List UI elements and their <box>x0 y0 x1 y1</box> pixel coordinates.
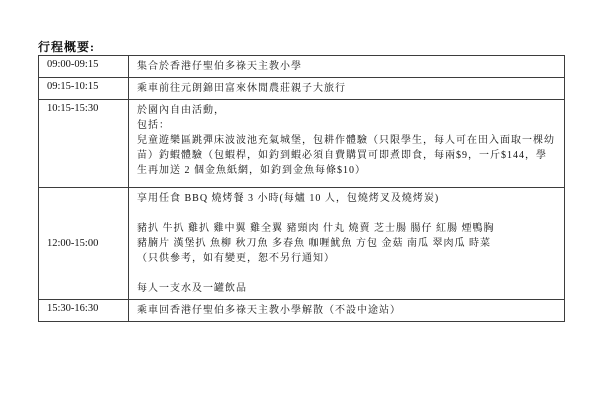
description-cell: 於園內自由活動， 包括： 兒童遊樂區跳彈床波波池充氣城堡，包耕作體驗（只限學生，… <box>129 100 564 187</box>
description-line: 包括： <box>137 118 556 133</box>
description-cell: 乘車前往元朗錦田富來休閒農莊親子大旅行 <box>129 78 564 99</box>
itinerary-table: 09:00-09:15 集合於香港仔聖伯多祿天主教小學 09:15-10:15 … <box>38 55 565 322</box>
description-line: 兒童遊樂區跳彈床波波池充氣城堡，包耕作體驗（只限學生，每人可在田入面取一棵幼苗）… <box>137 133 556 178</box>
description-line: 享用任食 BBQ 燒烤餐 3 小時(每爐 10 人，包燒烤叉及燒烤炭) <box>137 191 556 206</box>
description-cell: 乘車回香港仔聖伯多祿天主教小學解散（不設中途站） <box>129 300 564 321</box>
blank-line <box>137 206 556 221</box>
description-cell: 享用任食 BBQ 燒烤餐 3 小時(每爐 10 人，包燒烤叉及燒烤炭) 豬扒 牛… <box>129 188 564 299</box>
time-cell: 09:15-10:15 <box>39 78 129 99</box>
table-row: 09:15-10:15 乘車前往元朗錦田富來休閒農莊親子大旅行 <box>39 78 564 100</box>
description-line: 於園內自由活動， <box>137 103 556 118</box>
blank-line <box>137 266 556 281</box>
table-row: 12:00-15:00 享用任食 BBQ 燒烤餐 3 小時(每爐 10 人，包燒… <box>39 188 564 300</box>
table-row: 15:30-16:30 乘車回香港仔聖伯多祿天主教小學解散（不設中途站） <box>39 300 564 321</box>
table-row: 09:00-09:15 集合於香港仔聖伯多祿天主教小學 <box>39 56 564 78</box>
description-cell: 集合於香港仔聖伯多祿天主教小學 <box>129 56 564 77</box>
page-title: 行程概要: <box>38 38 95 55</box>
description-line: 每人一支水及一罐飲品 <box>137 281 556 296</box>
time-cell: 12:00-15:00 <box>39 188 129 299</box>
description-line: 豬腩片 漢堡扒 魚柳 秋刀魚 多春魚 咖喱魷魚 方包 金菇 南瓜 翠肉瓜 時菜 <box>137 236 556 251</box>
time-cell: 15:30-16:30 <box>39 300 129 321</box>
description-line: （只供參考，如有變更，恕不另行通知） <box>137 251 556 266</box>
description-line: 集合於香港仔聖伯多祿天主教小學 <box>137 59 556 74</box>
description-line: 乘車回香港仔聖伯多祿天主教小學解散（不設中途站） <box>137 303 556 318</box>
description-line: 豬扒 牛扒 雞扒 雞中翼 雞全翼 豬頸肉 什丸 燒賣 芝士腸 腸仔 紅腸 煙鴨胸 <box>137 221 556 236</box>
description-line: 乘車前往元朗錦田富來休閒農莊親子大旅行 <box>137 81 556 96</box>
document-page: 行程概要: 09:00-09:15 集合於香港仔聖伯多祿天主教小學 09:15-… <box>0 0 600 400</box>
table-row: 10:15-15:30 於園內自由活動， 包括： 兒童遊樂區跳彈床波波池充氣城堡… <box>39 100 564 188</box>
time-cell: 10:15-15:30 <box>39 100 129 187</box>
time-cell: 09:00-09:15 <box>39 56 129 77</box>
